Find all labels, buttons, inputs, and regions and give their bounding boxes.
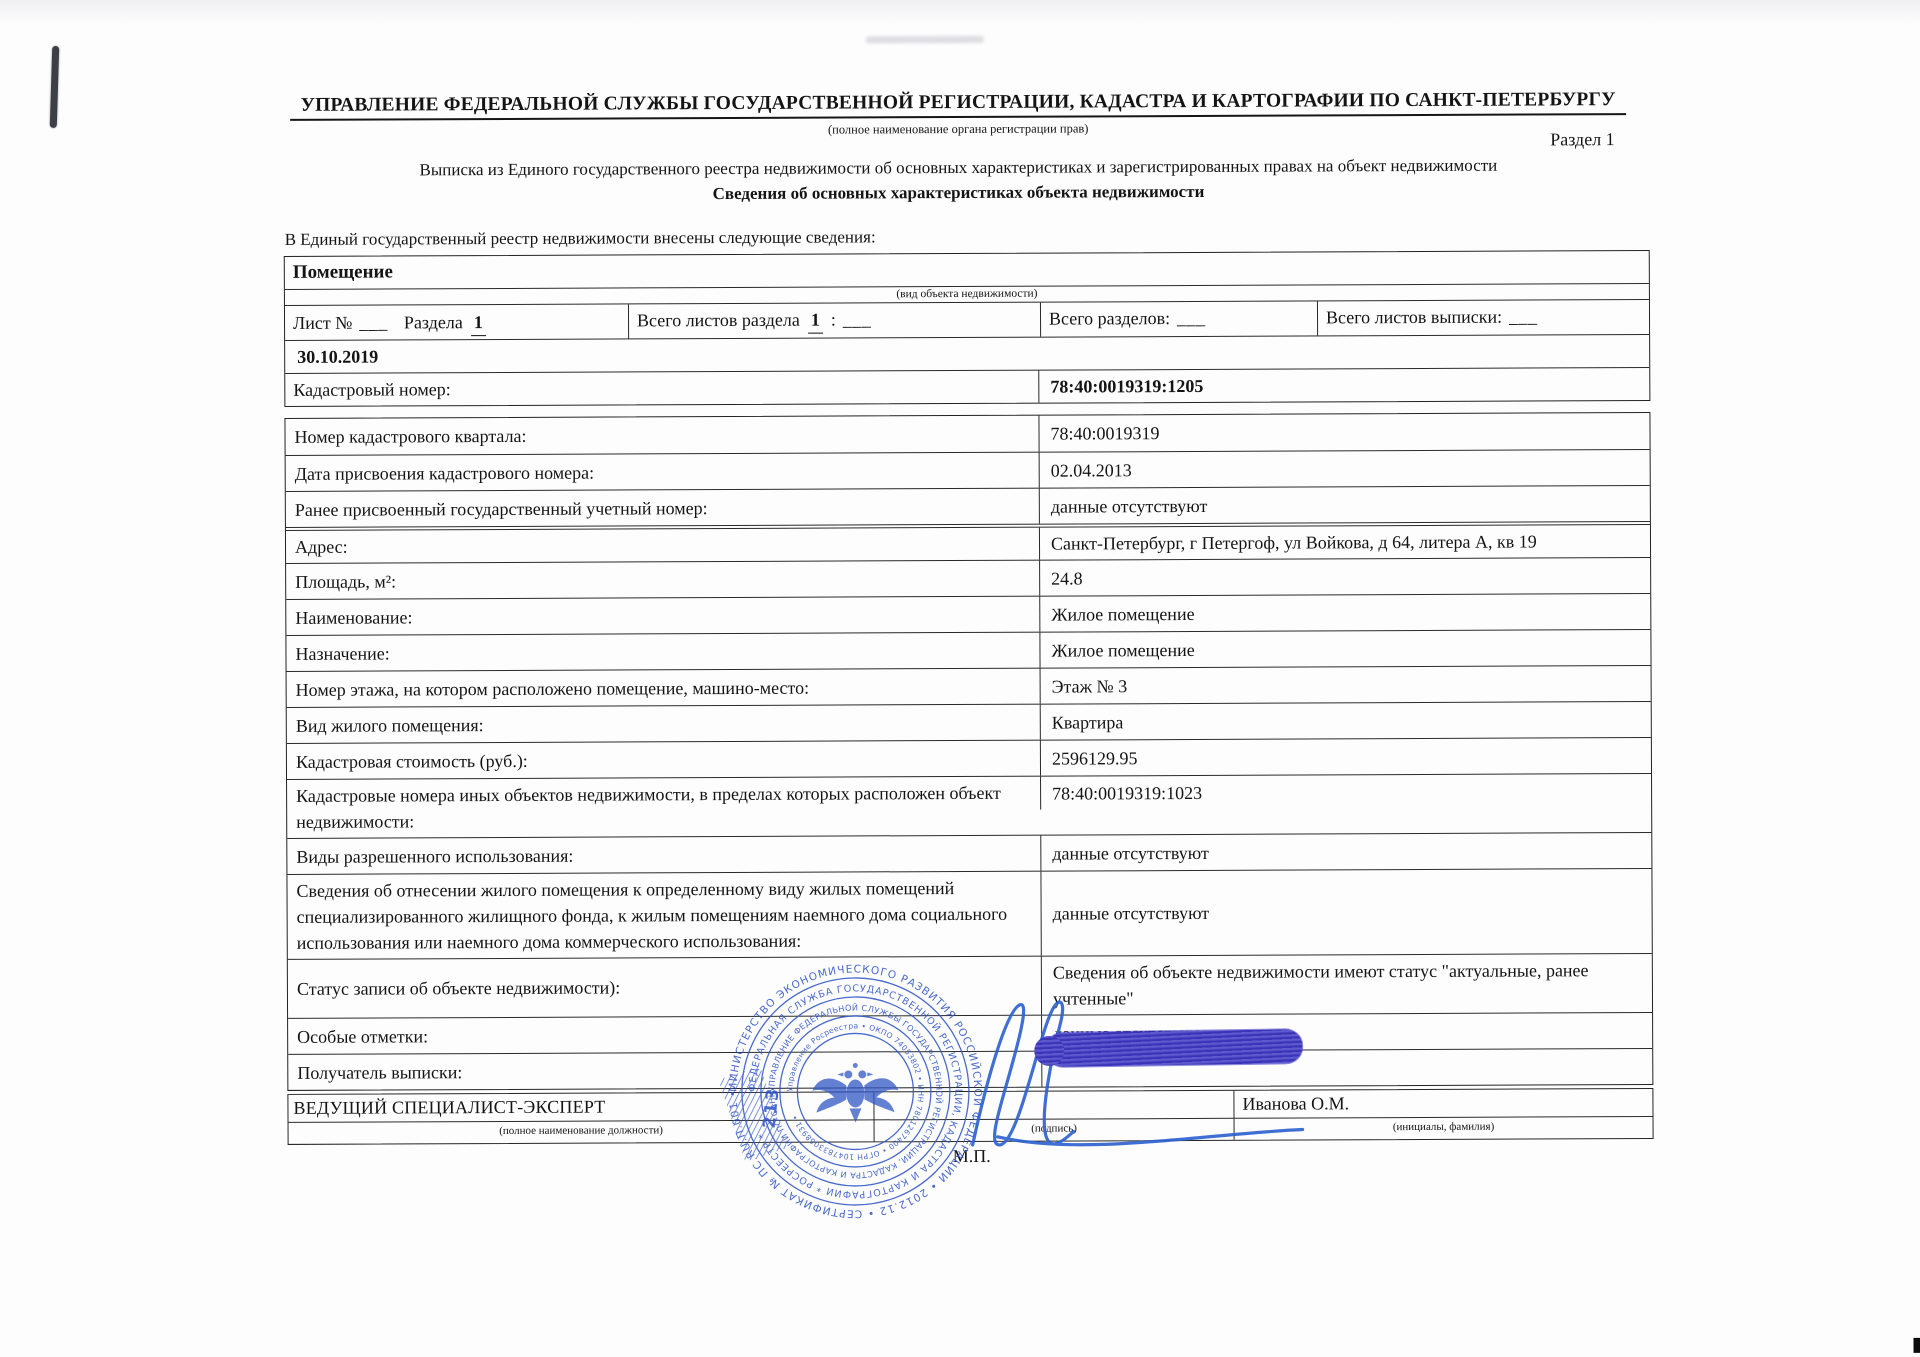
handwritten-signature: [902, 983, 1323, 1170]
object-type-caption: (вид объекта недвижимости): [896, 287, 1037, 303]
row-value: данные отсутствуют: [1040, 833, 1651, 871]
sheet-blank: ___: [359, 309, 388, 335]
sheet-numbers-row: Лист № ___ Раздела 1 Всего листов раздел…: [285, 299, 1649, 340]
total-sheets-value: 1: [808, 307, 823, 334]
table-row: Виды разрешенного использования:данные о…: [287, 832, 1651, 874]
total-sections-cell: Всего разделов: ___: [1040, 301, 1317, 336]
table-row: Кадастровые номера иных объектов недвижи…: [287, 773, 1651, 838]
row-label: Виды разрешенного использования:: [287, 837, 1040, 872]
intro-line: В Единый государственный реестр недвижим…: [285, 227, 876, 250]
row-label: Назначение:: [286, 634, 1039, 669]
row-value: Жилое помещение: [1039, 594, 1650, 632]
row-value: 24.8: [1039, 558, 1650, 596]
row-value: Этаж № 3: [1040, 666, 1651, 704]
row-value: 78:40:0019319: [1038, 413, 1649, 452]
total-extract-label: Всего листов выписки:: [1326, 304, 1502, 331]
scan-smudge: [866, 36, 984, 44]
table-row: Ранее присвоенный государственный учетны…: [286, 485, 1650, 527]
row-label: Номер кадастрового квартала:: [285, 418, 1038, 453]
document-subtitle-bold: Сведения об основных характеристиках объ…: [108, 179, 1808, 206]
row-label: Площадь, м²:: [286, 562, 1039, 597]
row-label: Ранее присвоенный государственный учетны…: [286, 490, 1039, 525]
table-row: Адрес:Санкт-Петербург, г Петергоф, ул Во…: [286, 521, 1650, 563]
row-label: Кадастровые номера иных объектов недвижи…: [287, 777, 1040, 838]
cadastral-number-row: Кадастровый номер: 78:40:0019319:1205: [285, 367, 1649, 406]
row-label: Наименование:: [286, 598, 1039, 633]
scan-artifact-bar: [50, 46, 60, 128]
row-label: Номер этажа, на котором расположено поме…: [287, 670, 1040, 705]
redaction-marker: [1046, 1029, 1302, 1067]
table-row: Сведения об отнесении жилого помещения к…: [287, 868, 1651, 959]
table-row: Площадь, м²:24.8: [286, 557, 1650, 599]
object-header-table: Помещение (вид объекта недвижимости) Лис…: [284, 250, 1651, 407]
total-sections-blank: ___: [1177, 305, 1206, 331]
extract-date: 30.10.2019: [285, 341, 386, 373]
document-sheet: УПРАВЛЕНИЕ ФЕДЕРАЛЬНОЙ СЛУЖБЫ ГОСУДАРСТВ…: [0, 0, 1920, 1357]
table-row: Кадастровая стоимость (руб.):2596129.95: [287, 737, 1651, 779]
total-extract-sheets-cell: Всего листов выписки: ___: [1317, 300, 1649, 335]
title-caption: (полное наименование органа регистрации …: [148, 118, 1768, 140]
row-value: 78:40:0019319:1023: [1040, 774, 1651, 810]
row-label: Адрес:: [286, 528, 1039, 563]
row-value: данные отсутствуют: [1040, 869, 1651, 956]
total-sheets-label: Всего листов раздела: [637, 307, 800, 334]
row-value: Квартира: [1040, 702, 1651, 740]
object-type: Помещение: [285, 256, 401, 289]
sheet-number-cell: Лист № ___ Раздела 1: [285, 305, 628, 339]
total-sheets-cell: Всего листов раздела 1 : ___: [628, 303, 1040, 339]
cadastral-number-label: Кадастровый номер:: [285, 371, 1038, 406]
row-value: 2596129.95: [1040, 738, 1651, 776]
section-label: Раздел 1: [1550, 129, 1615, 150]
table-row: Наименование:Жилое помещение: [286, 593, 1650, 635]
table-row: Номер этажа, на котором расположено поме…: [287, 665, 1651, 707]
table-row: Дата присвоения кадастрового номера:02.0…: [286, 449, 1650, 491]
table-row: Назначение:Жилое помещение: [286, 629, 1650, 671]
scanned-egrn-extract-page: УПРАВЛЕНИЕ ФЕДЕРАЛЬНОЙ СЛУЖБЫ ГОСУДАРСТВ…: [0, 0, 1920, 1357]
row-value: Санкт-Петербург, г Петергоф, ул Войкова,…: [1039, 525, 1650, 560]
table-row: Вид жилого помещения:Квартира: [287, 701, 1651, 743]
total-sheets-blank: ___: [843, 306, 872, 332]
row-label: Кадастровая стоимость (руб.):: [287, 742, 1040, 777]
row-value: Жилое помещение: [1039, 630, 1650, 668]
document-title: УПРАВЛЕНИЕ ФЕДЕРАЛЬНОЙ СЛУЖБЫ ГОСУДАРСТВ…: [148, 88, 1768, 121]
cadastral-number-value: 78:40:0019319:1205: [1038, 368, 1649, 403]
razdel-label: Раздела: [404, 309, 463, 335]
table-row: Номер кадастрового квартала:78:40:001931…: [285, 413, 1649, 455]
coat-of-arms-eagle-icon: [812, 1063, 898, 1123]
sheet-label: Лист №: [293, 309, 352, 335]
row-label: Дата присвоения кадастрового номера:: [286, 454, 1039, 489]
document-subtitle: Выписка из Единого государственного реес…: [108, 154, 1808, 181]
row-value: 02.04.2013: [1039, 450, 1650, 488]
total-sheets-colon: :: [831, 307, 836, 333]
razdel-value: 1: [471, 309, 486, 336]
row-label: Сведения об отнесении жилого помещения к…: [287, 872, 1040, 959]
row-label: Вид жилого помещения:: [287, 706, 1040, 741]
total-extract-blank: ___: [1509, 303, 1538, 329]
scan-corner-mark: [1913, 1338, 1920, 1353]
total-sections-label: Всего разделов:: [1049, 305, 1170, 332]
row-value: данные отсутствуют: [1039, 486, 1650, 524]
